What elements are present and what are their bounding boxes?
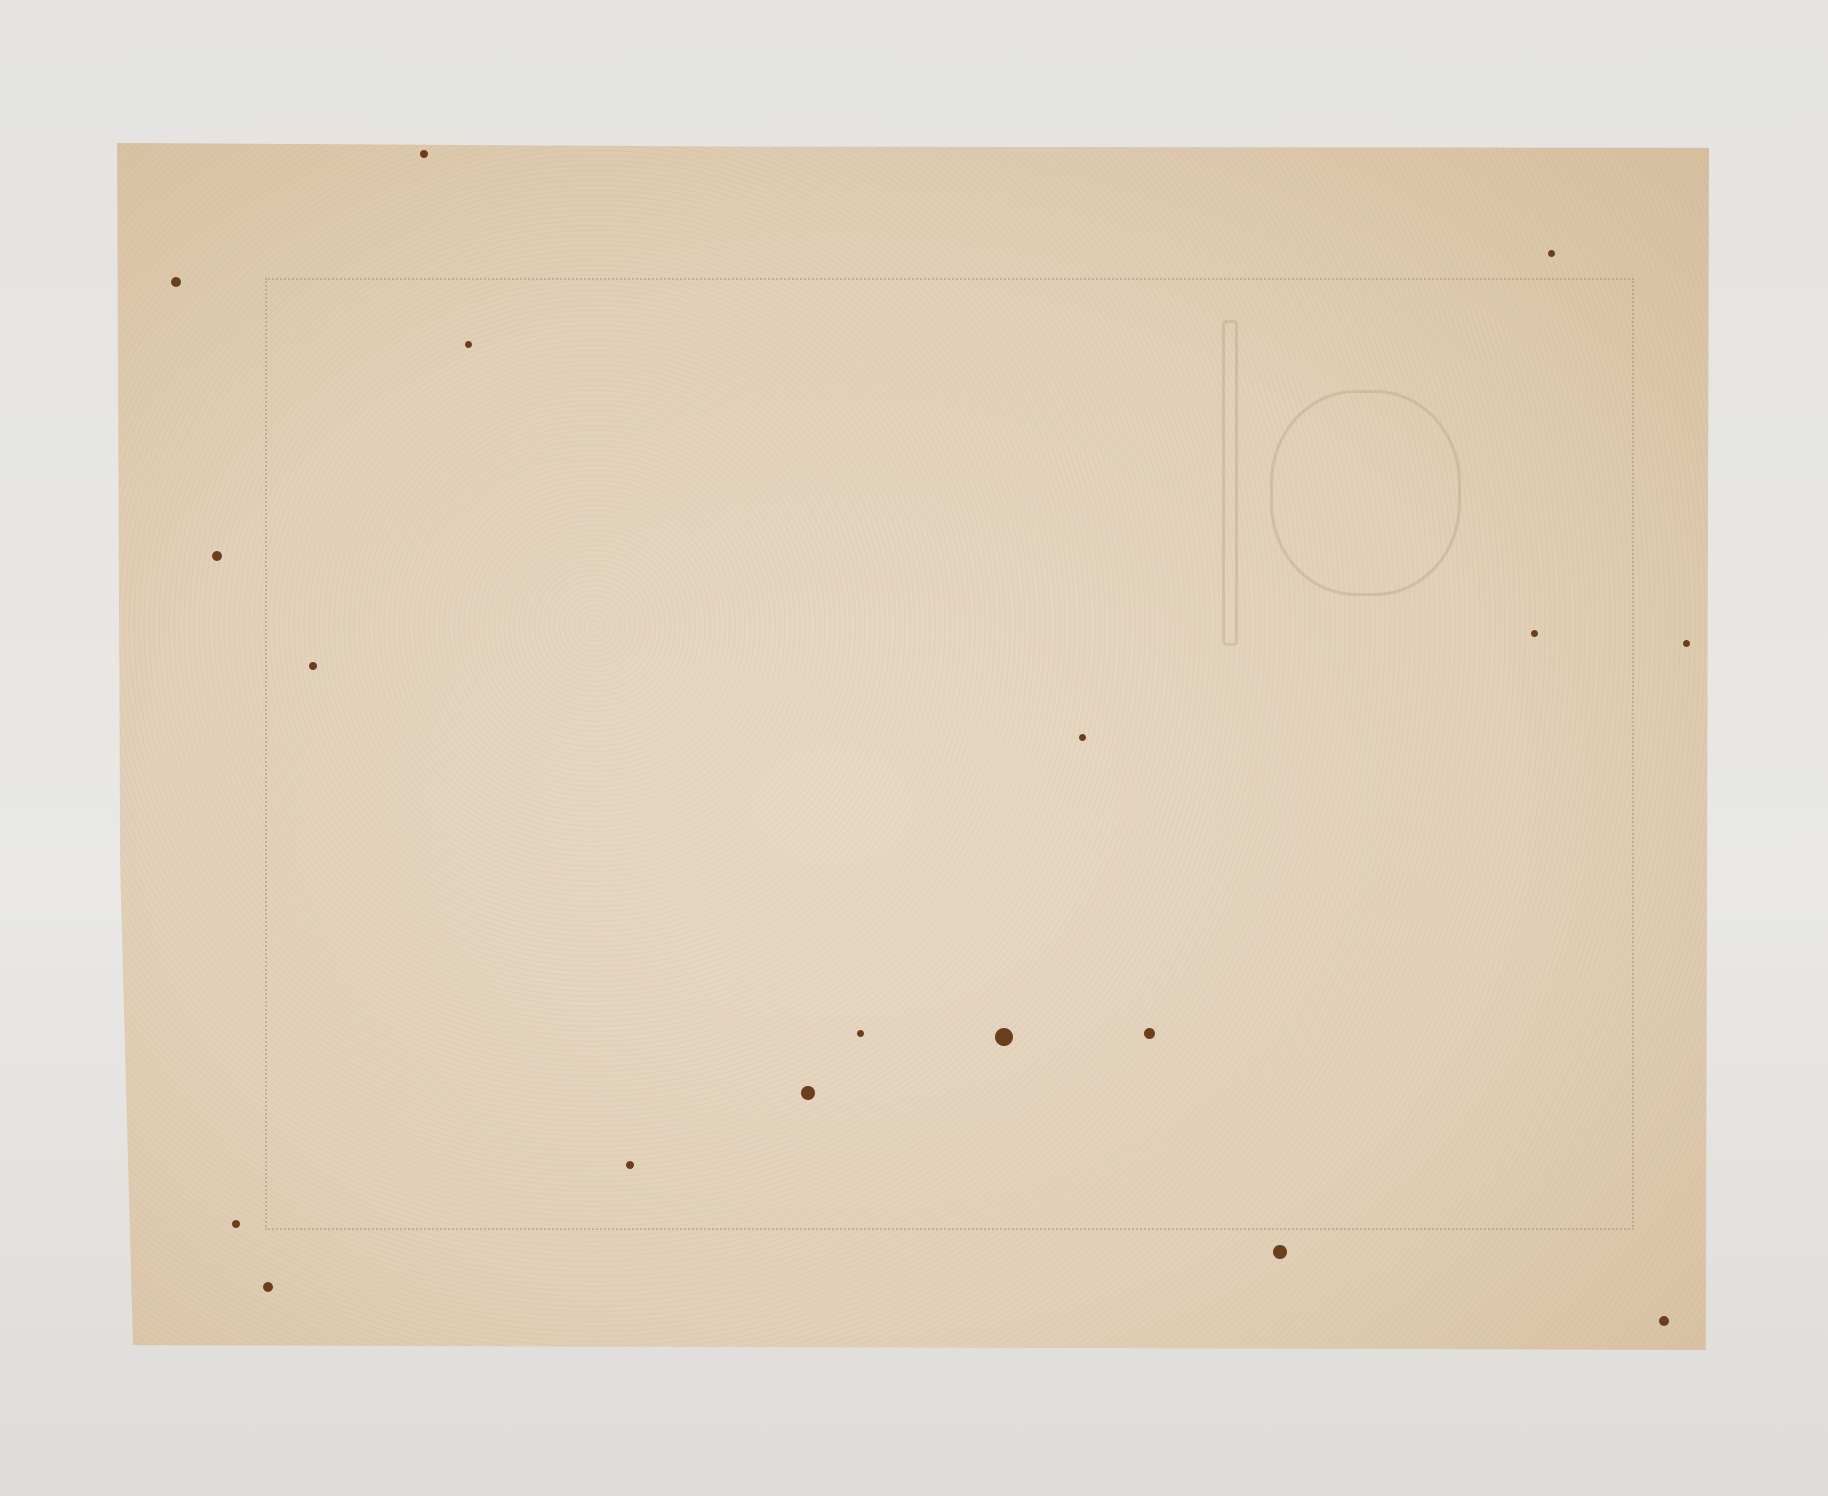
foxing-spot — [1683, 640, 1690, 647]
foxing-spot — [309, 662, 317, 670]
foxing-spot — [857, 1030, 864, 1037]
foxing-spot — [232, 1220, 240, 1228]
foxing-spot — [626, 1161, 634, 1169]
foxing-spot — [995, 1028, 1013, 1046]
foxing-spot — [171, 277, 181, 287]
water-stain — [1270, 390, 1461, 596]
foxing-spot — [420, 150, 428, 158]
foxing-spot — [1144, 1028, 1155, 1039]
foxing-spot — [212, 551, 222, 561]
foxing-spot — [465, 341, 472, 348]
foxing-spot — [1548, 250, 1555, 257]
water-stain-line — [1222, 320, 1238, 646]
foxing-spot — [1079, 734, 1086, 741]
foxing-spot — [263, 1282, 273, 1292]
foxing-spot — [1531, 630, 1538, 637]
foxing-spot — [801, 1086, 815, 1100]
foxing-spot — [1659, 1316, 1669, 1326]
foxing-spot — [1273, 1245, 1287, 1259]
